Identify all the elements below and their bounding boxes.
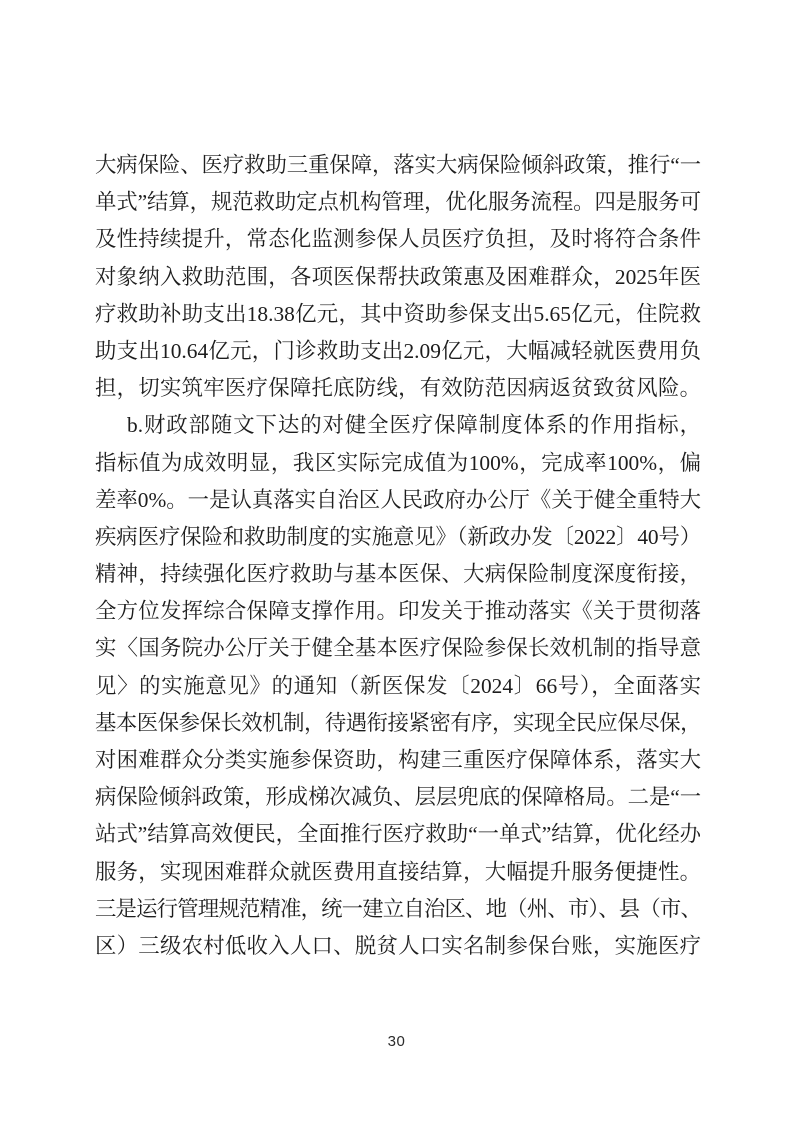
text-line: 三是运行管理规范精准，统一建立自治区、地（州、市）、县（市、 [95, 891, 701, 928]
body-text: 大病保险、医疗救助三重保障，落实大病保险倾斜政策，推行“一 单式”结算，规范救助… [95, 147, 701, 965]
text-line: 精神，持续强化医疗救助与基本医保、大病保险制度深度衔接， [95, 556, 701, 593]
text-line: 助支出10.64亿元，门诊救助支出2.09亿元，大幅减轻就医费用负 [95, 333, 701, 370]
text-line: 疾病医疗保险和救助制度的实施意见》（新政办发〔2022〕40号） [95, 519, 701, 556]
text-line: 单式”结算，规范救助定点机构管理，优化服务流程。四是服务可 [95, 184, 701, 221]
text-line: 指标值为成效明显，我区实际完成值为100%，完成率100%，偏 [95, 445, 701, 482]
text-line: 疗救助补助支出18.38亿元，其中资助参保支出5.65亿元，住院救 [95, 296, 701, 333]
text-line-paragraph-start: b.财政部随文下达的对健全医疗保障制度体系的作用指标， [95, 407, 701, 444]
text-line: 站式”结算高效便民，全面推行医疗救助“一单式”结算，优化经办 [95, 816, 701, 853]
text-line: 服务，实现困难群众就医费用直接结算，大幅提升服务便捷性。 [95, 854, 701, 891]
text-line: 及性持续提升，常态化监测参保人员医疗负担，及时将符合条件 [95, 221, 701, 258]
text-line: 实〈国务院办公厅关于健全基本医疗保险参保长效机制的指导意 [95, 630, 701, 667]
text-line: 全方位发挥综合保障支撑作用。印发关于推动落实《关于贯彻落 [95, 593, 701, 630]
text-line: 见〉的实施意见》的通知（新医保发〔2024〕66号），全面落实 [95, 668, 701, 705]
page-number: 30 [388, 1033, 406, 1050]
text-line: 差率0%。一是认真落实自治区人民政府办公厅《关于健全重特大 [95, 482, 701, 519]
text-line: 区）三级农村低收入人口、脱贫人口实名制参保台账，实施医疗 [95, 928, 701, 965]
page-footer: 30 [0, 1033, 793, 1051]
text-line: 对象纳入救助范围，各项医保帮扶政策惠及困难群众，2025年医 [95, 259, 701, 296]
text-line: 大病保险、医疗救助三重保障，落实大病保险倾斜政策，推行“一 [95, 147, 701, 184]
text-line: 基本医保参保长效机制，待遇衔接紧密有序，实现全民应保尽保， [95, 705, 701, 742]
text-line: 病保险倾斜政策，形成梯次减负、层层兜底的保障格局。二是“一 [95, 779, 701, 816]
text-line: 担，切实筑牢医疗保障托底防线，有效防范因病返贫致贫风险。 [95, 370, 701, 407]
text-line: 对困难群众分类实施参保资助，构建三重医疗保障体系，落实大 [95, 742, 701, 779]
document-page: 大病保险、医疗救助三重保障，落实大病保险倾斜政策，推行“一 单式”结算，规范救助… [0, 0, 793, 1122]
